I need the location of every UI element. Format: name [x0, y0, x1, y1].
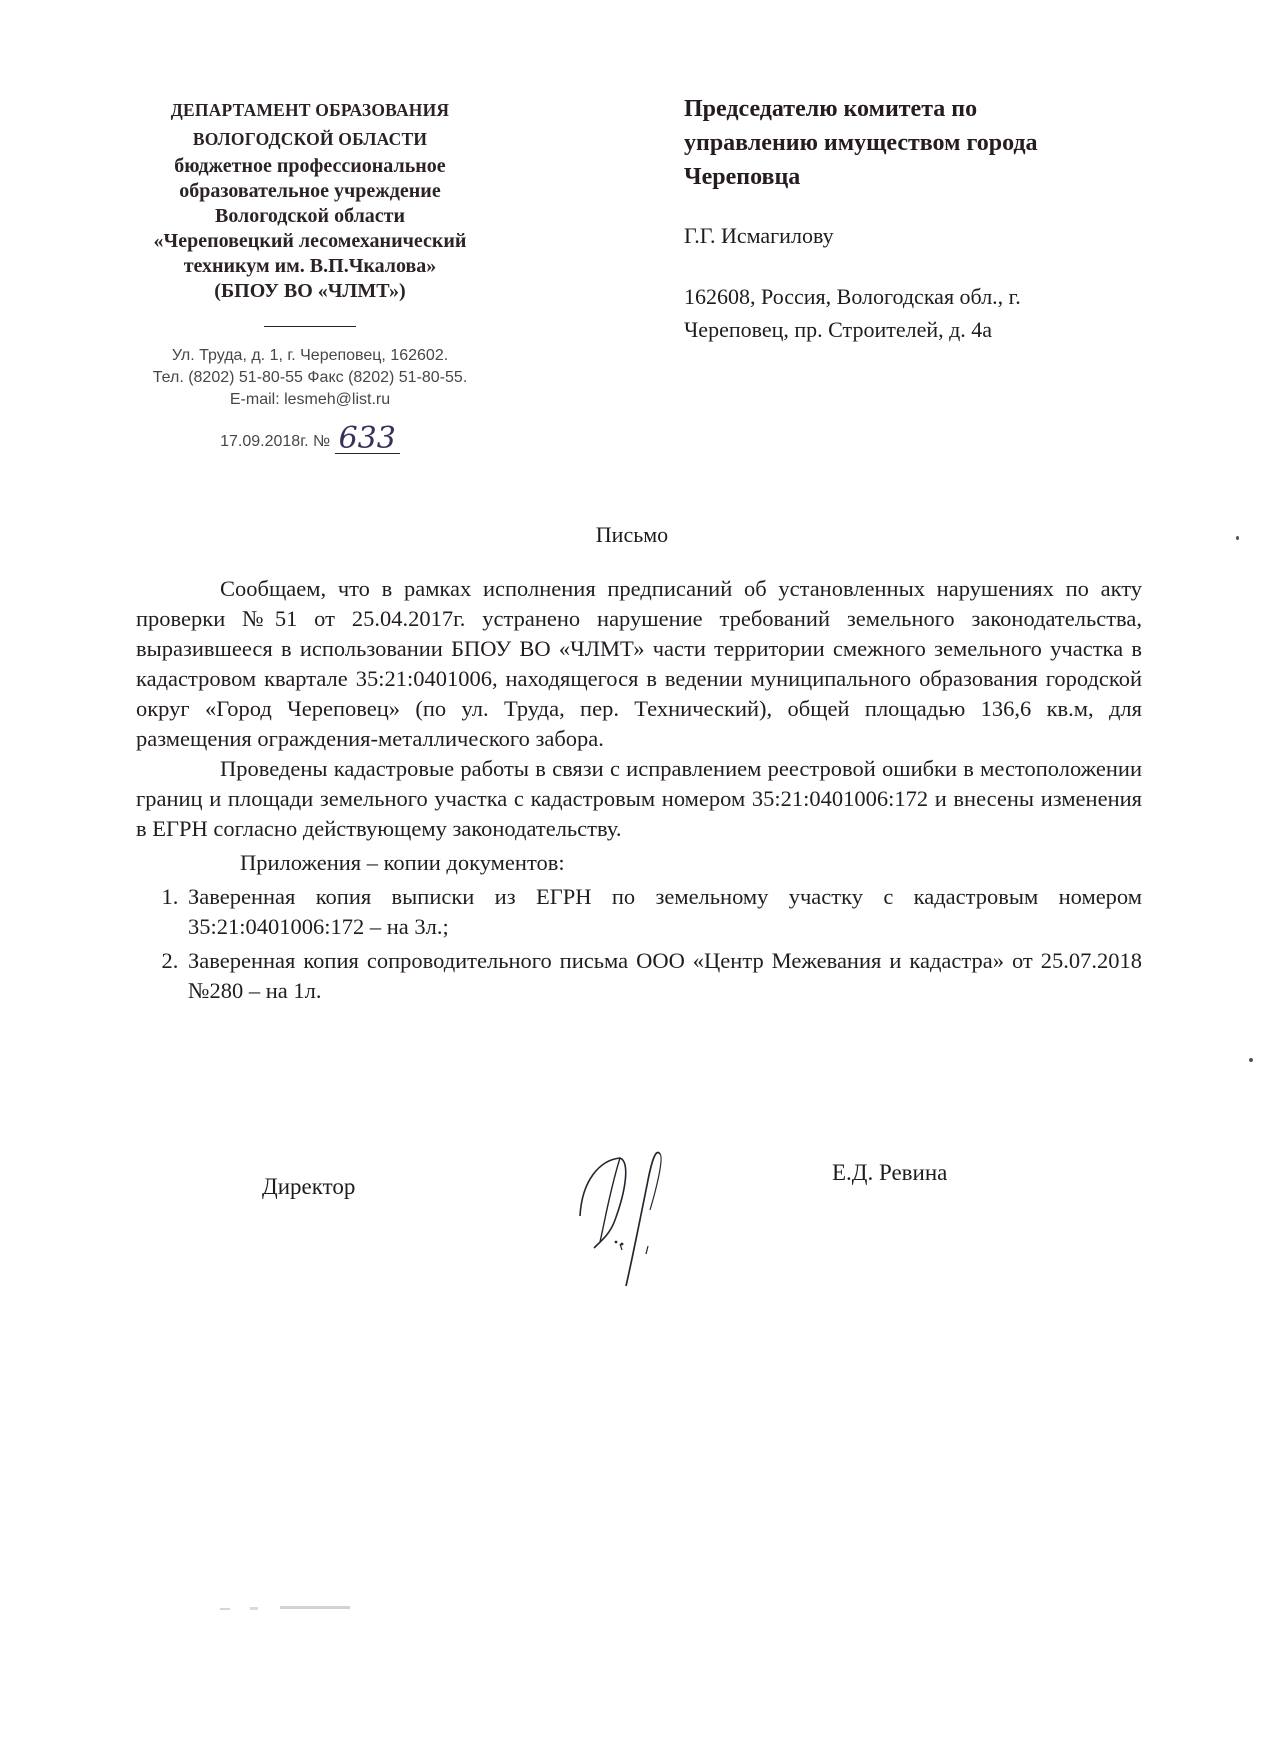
org-line: бюджетное профессиональное: [110, 154, 510, 179]
attachment-item: Заверенная копия выписки из ЕГРН по земе…: [184, 882, 1142, 942]
faded-scan-artifact: [220, 1605, 400, 1613]
org-line: Вологодской области: [110, 204, 510, 229]
attachment-item: Заверенная копия сопроводительного письм…: [184, 946, 1142, 1006]
addressee-block: Председателю комитета по управлению имущ…: [684, 92, 1164, 346]
signatory-role: Директор: [262, 1174, 355, 1200]
letter-body: Сообщаем, что в рамках исполнения предпи…: [136, 574, 1142, 1010]
addressee-postal-address: 162608, Россия, Вологодская обл., г. Чер…: [684, 280, 1164, 346]
org-phone-fax: Тел. (8202) 51-80-55 Факс (8202) 51-80-5…: [110, 367, 510, 389]
department-line-1: ДЕПАРТАМЕНТ ОБРАЗОВАНИЯ: [110, 96, 510, 125]
postal-line: 162608, Россия, Вологодская обл., г.: [684, 280, 1164, 313]
addressee-name: Г.Г. Исмагилову: [684, 222, 1164, 250]
org-abbreviation: (БПОУ ВО «ЧЛМТ»): [110, 279, 510, 304]
addressee-title-line: Председателю комитета по: [684, 92, 1164, 126]
org-address: Ул. Труда, д. 1, г. Череповец, 162602.: [110, 345, 510, 367]
body-paragraph: Сообщаем, что в рамках исполнения предпи…: [136, 574, 1142, 754]
addressee-title-line: управлению имуществом города: [684, 126, 1164, 160]
body-paragraph: Проведены кадастровые работы в связи с и…: [136, 754, 1142, 844]
org-email: E-mail: lesmeh@list.ru: [110, 389, 510, 411]
org-line: «Череповецкий лесомеханический: [110, 229, 510, 254]
attachments-heading: Приложения – копии документов:: [136, 848, 1142, 878]
scan-speck: [1249, 1058, 1253, 1062]
outgoing-date: 17.09.2018г. №: [220, 433, 330, 450]
signatory-name: Е.Д. Ревина: [832, 1160, 947, 1186]
department-line-2: ВОЛОГОДСКОЙ ОБЛАСТИ: [110, 125, 510, 154]
handwritten-outgoing-number: 633: [335, 425, 400, 454]
document-title: Письмо: [0, 522, 1264, 548]
signature-icon: [560, 1150, 720, 1290]
handwritten-signature: [560, 1150, 720, 1290]
outgoing-date-number: 17.09.2018г. № 633: [110, 425, 510, 454]
faded-text-icon: [220, 1605, 400, 1613]
letterhead: ДЕПАРТАМЕНТ ОБРАЗОВАНИЯ ВОЛОГОДСКОЙ ОБЛА…: [110, 96, 510, 454]
postal-line: Череповец, пр. Строителей, д. 4а: [684, 313, 1164, 346]
addressee-title-line: Череповца: [684, 160, 1164, 194]
org-line: техникум им. В.П.Чкалова»: [110, 254, 510, 279]
divider: [264, 326, 356, 327]
attachments-list: Заверенная копия выписки из ЕГРН по земе…: [136, 882, 1142, 1006]
org-line: образовательное учреждение: [110, 179, 510, 204]
